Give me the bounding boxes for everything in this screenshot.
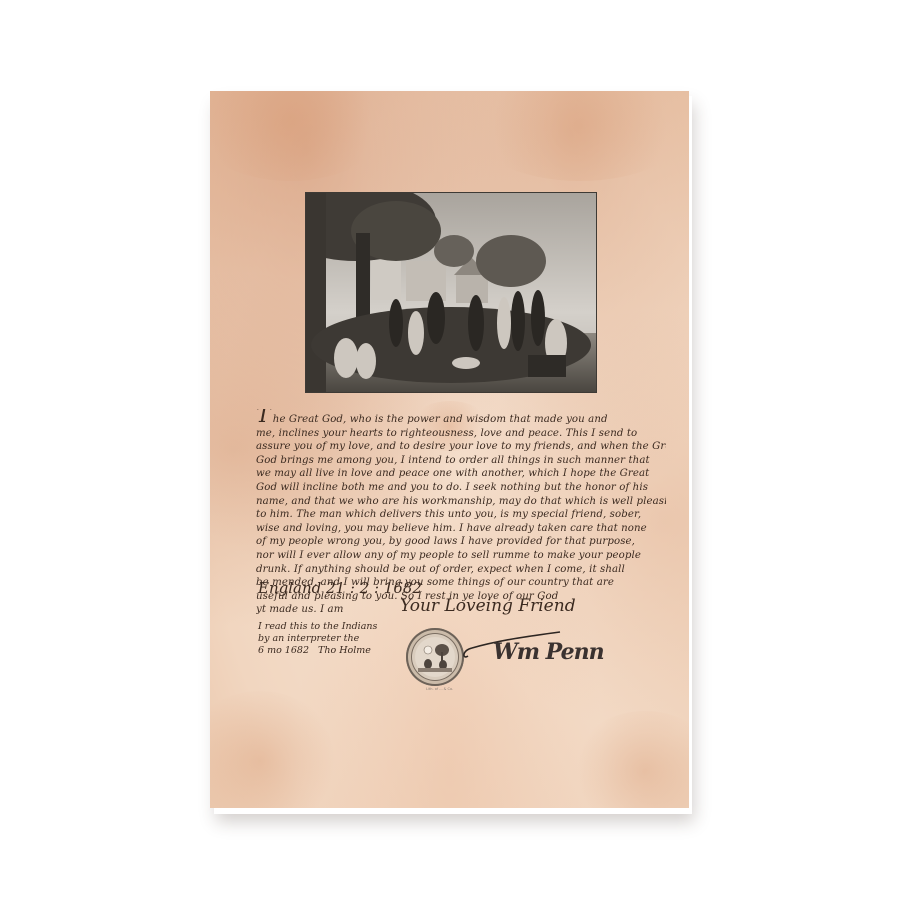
letter-line: of my people wrong you, by good laws I h… <box>256 535 666 549</box>
letter-line: we may all live in love and peace one wi… <box>256 467 666 481</box>
letter-closing: Your Loveing Friend <box>400 596 576 616</box>
margin-note-line: by an interpreter the <box>258 633 378 645</box>
letter-line: me, inclines your hearts to righteousnes… <box>256 427 666 441</box>
lithographer-credit: Lith. of ... & Co. <box>426 687 453 691</box>
letter-line: nor will I ever allow any of my people t… <box>256 549 666 563</box>
letter-line: drunk. If anything should be out of orde… <box>256 563 666 577</box>
poster-paper: The Great God, who is the power and wisd… <box>210 91 689 808</box>
margin-note-line: I read this to the Indians <box>258 621 378 633</box>
margin-note: I read this to the Indians by an interpr… <box>258 621 378 657</box>
letter-line: name, and that we who are his workmanshi… <box>256 495 666 509</box>
letter-line: assure you of my love, and to desire you… <box>256 440 666 454</box>
drop-cap: T <box>256 409 271 427</box>
engraving-image <box>306 193 596 392</box>
letter-date: England 21 : 2 : 1682 <box>258 579 422 597</box>
paper-stain <box>470 91 689 181</box>
engraving-illustration <box>306 193 596 392</box>
signature: Wm Penn <box>493 639 604 665</box>
letter-line: God will incline both me and you to do. … <box>256 481 666 495</box>
seal-emblem <box>406 628 464 686</box>
paper-stain <box>210 91 390 181</box>
paper-stain <box>570 711 689 808</box>
letter-line: to him. The man which delivers this unto… <box>256 508 666 522</box>
letter-line: wise and loving, you may believe him. I … <box>256 522 666 536</box>
seal-icon <box>406 628 464 686</box>
paper-stain <box>210 691 340 808</box>
letter-line: God brings me among you, I intend to ord… <box>256 454 666 468</box>
letter-line: The Great God, who is the power and wisd… <box>256 409 666 427</box>
